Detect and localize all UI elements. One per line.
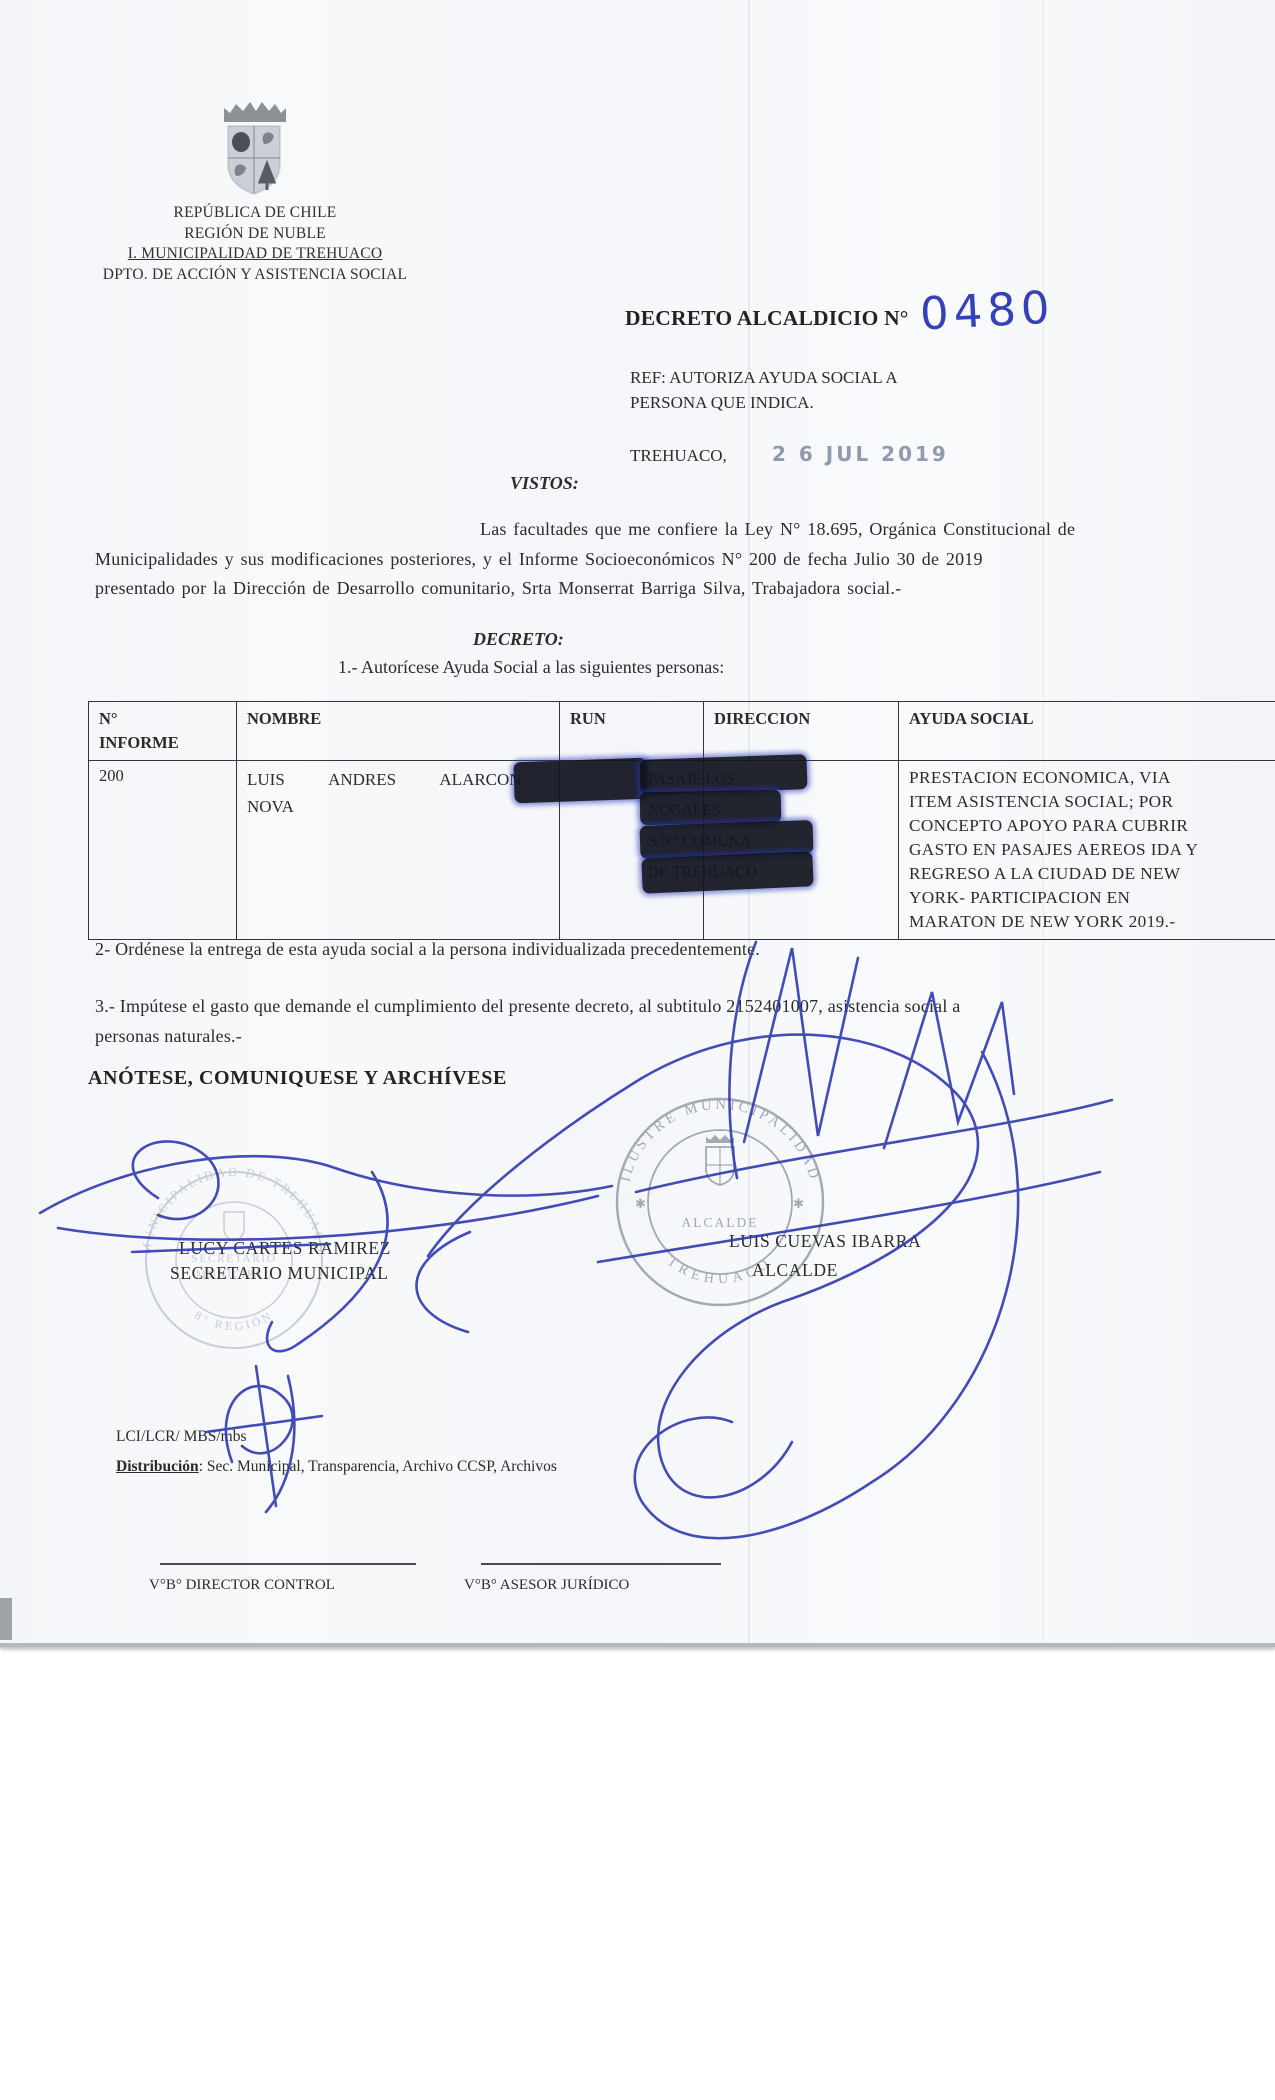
letterhead: REPÚBLICA DE CHILE REGIÓN DE NUBLE I. MU… <box>60 203 450 285</box>
scan-edge-artifact <box>0 1598 12 1640</box>
header-direccion: DIRECCION <box>704 702 899 761</box>
date-stamp: 2 6 JUL 2019 <box>772 442 949 466</box>
secretario-round-stamp: MUNICIPALIDAD DE TREHUACO 8° REGIÓN SECR… <box>124 1150 344 1370</box>
coat-of-arms-logo <box>212 100 296 198</box>
letterhead-municipality: I. MUNICIPALIDAD DE TREHUACO <box>60 244 450 265</box>
ref-line-2: PERSONA QUE INDICA. <box>630 393 814 413</box>
cell-nombre: LUIS ANDRES ALARCON NOVA <box>237 761 560 940</box>
svg-text:8° REGIÓN: 8° REGIÓN <box>192 1308 276 1333</box>
vistos-paragraph: Las facultades que me confiere la Ley N°… <box>95 515 1215 604</box>
letterhead-department: DPTO. DE ACCIÓN Y ASISTENCIA SOCIAL <box>60 265 450 286</box>
place-line: TREHUACO, <box>630 446 727 466</box>
run-redaction-bar <box>513 758 647 804</box>
distribution-list: : Sec. Municipal, Transparencia, Archivo… <box>199 1458 557 1475</box>
direccion-redaction-bar <box>639 754 807 795</box>
header-nombre: NOMBRE <box>237 702 560 761</box>
cell-ayuda-social: PRESTACION ECONOMICA, VIA ITEM ASISTENCI… <box>899 761 1275 940</box>
stamp-center-text: ALCALDE <box>682 1215 759 1230</box>
decree-number-handwritten: 0480 <box>919 281 1056 341</box>
initials-line: LCI/LCR/ MBS/mbs <box>116 1428 247 1446</box>
decree-item-2: 2- Ordénese la entrega de esta ayuda soc… <box>95 939 760 960</box>
header-ayuda-social: AYUDA SOCIAL <box>899 702 1275 761</box>
secretary-title: SECRETARIO MUNICIPAL <box>170 1263 389 1284</box>
decree-item-1: 1.- Autorícese Ayuda Social a las siguie… <box>338 657 724 678</box>
alcalde-round-stamp: ILUSTRE MUNICIPALIDAD TREHUACO ✱ ✱ ALCAL… <box>605 1087 835 1317</box>
stamp-star-left: ✱ <box>635 1196 646 1211</box>
header-informe: N° INFORME <box>89 702 237 761</box>
letterhead-country: REPÚBLICA DE CHILE <box>60 203 450 224</box>
vistos-label: VISTOS: <box>510 473 579 494</box>
vb-director-control: V°B° DIRECTOR CONTROL <box>149 1577 335 1594</box>
signature-rule-right <box>481 1563 721 1565</box>
closing-formula: ANÓTESE, COMUNIQUESE Y ARCHÍVESE <box>88 1067 507 1090</box>
direccion-redaction-bar <box>641 851 813 893</box>
table-header-row: N° INFORME NOMBRE RUN DIRECCION AYUDA SO… <box>89 702 1275 761</box>
distribution-line: Distribución: Sec. Municipal, Transparen… <box>116 1458 557 1476</box>
distribution-label: Distribución <box>116 1458 199 1475</box>
stamp-star-right: ✱ <box>793 1196 804 1211</box>
stamp-ring-bottom-text: 8° REGIÓN <box>192 1308 276 1333</box>
mayor-name: LUIS CUEVAS IBARRA <box>729 1231 921 1252</box>
decree-title: DECRETO ALCALDICIO N° <box>625 306 909 331</box>
decreto-label: DECRETO: <box>473 629 564 650</box>
signature-rule-left <box>160 1563 416 1565</box>
scanned-decree-page: REPÚBLICA DE CHILE REGIÓN DE NUBLE I. MU… <box>0 0 1275 2100</box>
letterhead-region: REGIÓN DE NUBLE <box>60 224 450 245</box>
mayor-title: ALCALDE <box>752 1260 838 1281</box>
cell-informe: 200 <box>89 761 237 940</box>
vb-asesor-juridico: V°B° ASESOR JURÍDICO <box>464 1577 629 1594</box>
header-run: RUN <box>560 702 704 761</box>
direccion-redaction-bar <box>640 790 782 825</box>
ref-line-1: REF: AUTORIZA AYUDA SOCIAL A <box>630 368 898 388</box>
secretary-name: LUCY CARTES RAMIREZ <box>179 1238 391 1259</box>
decree-item-3: 3.- Impútese el gasto que demande el cum… <box>95 991 1217 1051</box>
